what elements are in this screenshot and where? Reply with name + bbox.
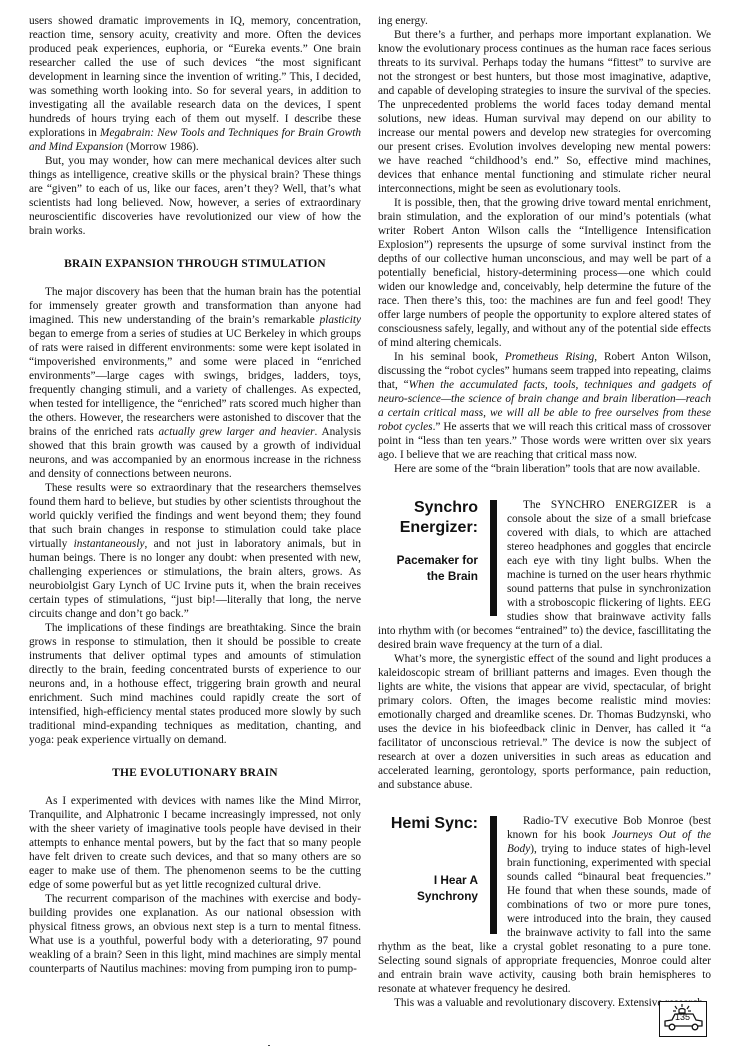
hemi-sync-section: Hemi Sync: I Hear A Synchrony Radio-TV e…: [378, 814, 711, 1010]
sidebar-title-line: Energizer:: [378, 518, 478, 538]
paragraph: Here are some of the “brain liberation” …: [378, 462, 711, 476]
sidebar-subtitle-line: Synchrony: [378, 888, 478, 904]
book-title: Prometheus Rising: [505, 351, 594, 363]
paragraph-text: The major discovery has been that the hu…: [29, 286, 361, 326]
sidebar-title: Hemi Sync:: [378, 814, 478, 834]
sidebar-heading: Hemi Sync: I Hear A Synchrony: [378, 814, 478, 904]
paragraph: But, you may wonder, how can mere mechan…: [29, 154, 361, 238]
paragraph-text: users showed dramatic improvements in IQ…: [29, 15, 361, 139]
paragraph: As I experimented with devices with name…: [29, 794, 361, 892]
paragraph: ing energy.: [378, 14, 711, 28]
sidebar-subtitle-line: the Brain: [378, 568, 478, 584]
sidebar-title-line: Synchro: [378, 498, 478, 518]
right-column: ing energy. But there’s a further, and p…: [378, 14, 711, 1010]
paragraph: But there’s a further, and perhaps more …: [378, 28, 711, 196]
scan-artifact: [268, 1045, 270, 1046]
sidebar-heading: Synchro Energizer: Pacemaker for the Bra…: [378, 498, 478, 584]
sidebar-subtitle: I Hear A Synchrony: [378, 872, 478, 904]
page-number: 135: [675, 1013, 690, 1022]
section-heading: THE EVOLUTIONARY BRAIN: [29, 766, 361, 780]
sidebar-title: Synchro Energizer:: [378, 498, 478, 538]
paragraph: users showed dramatic improvements in IQ…: [29, 14, 361, 154]
page-number-badge: 135: [659, 1001, 707, 1037]
sidebar-subtitle-line: I Hear A: [378, 872, 478, 888]
paragraph-text: , and not just in laboratory animals, bu…: [29, 538, 361, 620]
sidebar-subtitle-line: Pacemaker for: [378, 552, 478, 568]
paragraph: The major discovery has been that the hu…: [29, 285, 361, 481]
paragraph: The recurrent comparison of the machines…: [29, 892, 361, 976]
paragraph: It is possible, then, that the growing d…: [378, 196, 711, 350]
paragraph-text: began to emerge from a series of studies…: [29, 328, 361, 438]
emphasis: plasticity: [320, 314, 361, 326]
sidebar-subtitle: Pacemaker for the Brain: [378, 552, 478, 584]
emphasis: actually grew larger and heavier: [159, 426, 315, 438]
paragraph: In his seminal book, Prometheus Rising, …: [378, 350, 711, 462]
section-heading: BRAIN EXPANSION THROUGH STIMULATION: [29, 257, 361, 271]
emphasis: instantaneously: [74, 538, 145, 550]
paragraph: What’s more, the synergistic effect of t…: [378, 652, 711, 792]
paragraph-text: In his seminal book,: [394, 351, 505, 363]
left-column: users showed dramatic improvements in IQ…: [29, 14, 361, 976]
paragraph: The implications of these findings are b…: [29, 621, 361, 747]
paragraph: These results were so extraordinary that…: [29, 481, 361, 621]
paragraph-text: (Morrow 1986).: [123, 141, 199, 153]
vertical-rule: [490, 816, 497, 934]
vertical-rule: [490, 500, 497, 616]
synchro-energizer-section: Synchro Energizer: Pacemaker for the Bra…: [378, 498, 711, 792]
